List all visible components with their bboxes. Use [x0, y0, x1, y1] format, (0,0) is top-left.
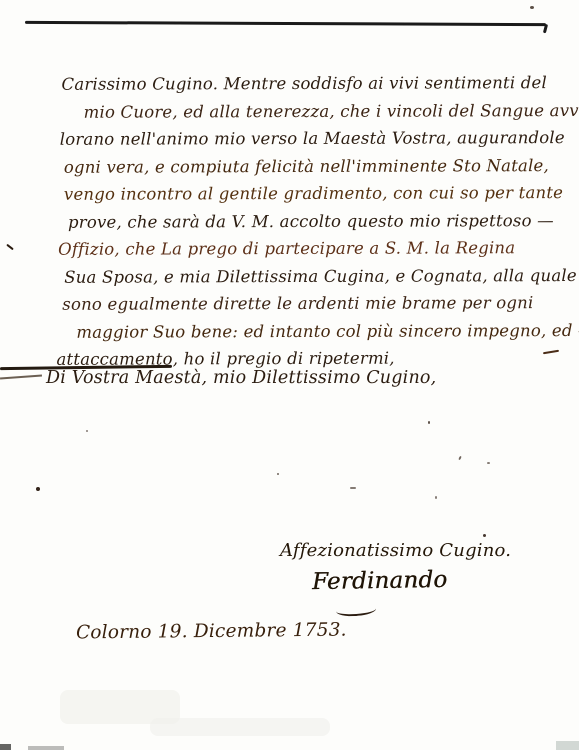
ink-speck: [36, 487, 40, 491]
letter-body-line: vengo incontro al gentile gradimento, co…: [64, 179, 579, 208]
signature-flourish: [336, 603, 377, 618]
letter-body-line: lorano nell'animo mio verso la Maestà Vo…: [60, 124, 579, 153]
signature-name: Ferdinando: [312, 567, 448, 595]
letter-body-line: prove, che sarà da V. M. accolto questo …: [68, 206, 579, 235]
scan-bottom-smudge: [556, 741, 579, 750]
ink-speck: [86, 430, 88, 432]
paper-shadow-noise: [150, 718, 330, 736]
ink-speck: [435, 496, 437, 499]
letter-body-line: maggior Suo bene: ed intanto col più sin…: [76, 316, 579, 345]
ink-speck: [483, 534, 486, 537]
letter-body-line: Carissimo Cugino. Mentre soddisfo ai viv…: [61, 69, 578, 98]
ink-speck: [277, 473, 279, 475]
letter-body-line: Offizio, che La prego di partecipare a S…: [58, 234, 579, 263]
ink-speck: [530, 6, 534, 9]
letter-body-line: Sua Sposa, e mia Dilettissima Cugina, e …: [64, 261, 579, 290]
ink-speck: [458, 456, 462, 460]
ink-underline-stroke-faint: [0, 375, 42, 380]
dateline: Colorno 19. Dicembre 1753.: [76, 620, 347, 644]
letter-body-line: ogni vera, e compiuta felicità nell'immi…: [64, 151, 579, 180]
ink-speck: [428, 421, 430, 424]
closing-line: Di Vostra Maestà, mio Dilettissimo Cugin…: [46, 368, 436, 388]
scanned-letter-page: Carissimo Cugino. Mentre soddisfo ai viv…: [0, 0, 579, 750]
letter-body-line: sono egualmente dirette le ardenti mie b…: [62, 289, 579, 318]
scan-top-edge-line: [25, 21, 546, 26]
signature-role-line: Affezionatissimo Cugino.: [280, 540, 511, 561]
letter-body-line: mio Cuore, ed alla tenerezza, che i vinc…: [84, 96, 579, 125]
ink-speck: [487, 462, 490, 464]
scan-bottom-smudge: [28, 746, 64, 750]
scan-bottom-smudge: [0, 744, 11, 750]
ink-speck: [350, 487, 356, 489]
letter-body: Carissimo Cugino. Mentre soddisfo ai viv…: [0, 69, 579, 374]
